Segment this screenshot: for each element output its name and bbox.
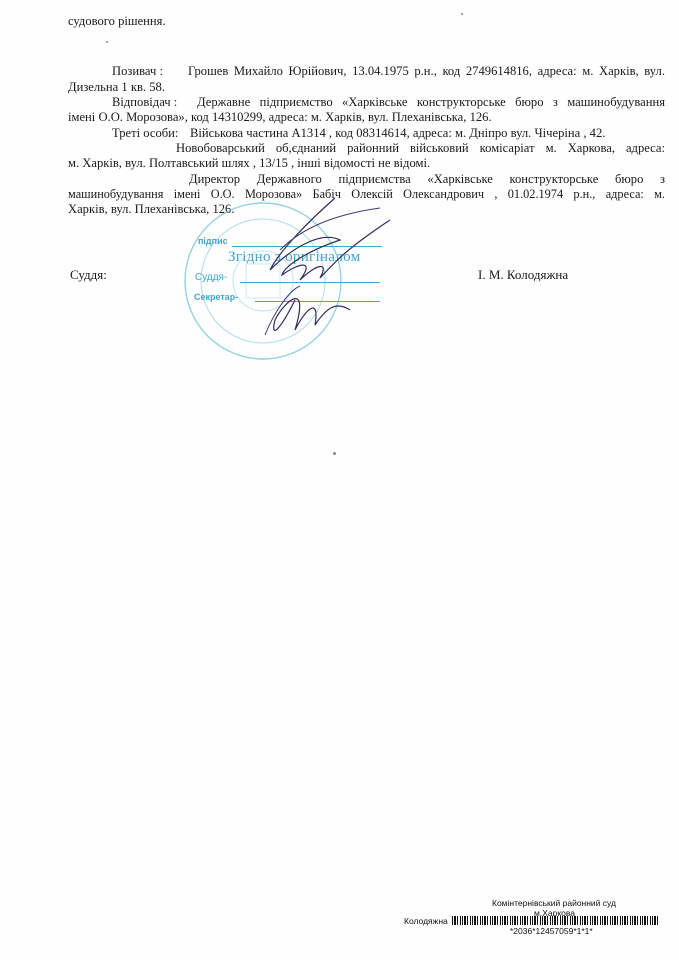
defendant-line-1: Державне підприємство «Харківське констр… — [197, 95, 665, 110]
third-parties-line-4: Директор Державного підприємства «Харків… — [189, 172, 665, 187]
handwritten-signature-icon — [240, 190, 400, 350]
footer-barcode-number: *2036*12457059*1*1* — [510, 926, 593, 936]
barcode — [452, 916, 658, 925]
plaintiff-label: Позивач : — [112, 64, 163, 79]
footer-court-name: Комінтернівський районний суд — [492, 898, 616, 908]
stamp-label-podpys: підпис — [198, 236, 228, 246]
scan-speck — [333, 452, 336, 455]
defendant-text-1: Державне підприємство «Харківське констр… — [197, 95, 665, 110]
third-parties-line-2: Новобоварський об,єднаний районний війсь… — [176, 141, 665, 156]
top-line-text: судового рішення. — [68, 14, 166, 29]
defendant-label: Відповідач : — [112, 95, 177, 110]
judge-label: Суддя: — [70, 267, 107, 282]
third-parties-text-4: Директор Державного підприємства «Харків… — [189, 172, 665, 187]
plaintiff-line-2: Дизельна 1 кв. 58. — [68, 80, 165, 95]
third-parties-line-3: м. Харків, вул. Полтавський шлях , 13/15… — [68, 156, 430, 171]
third-parties-line-1: Військова частина А1314 , код 08314614, … — [190, 126, 605, 141]
defendant-line-2: імені О.О. Морозова», код 14310299, адре… — [68, 110, 492, 125]
plaintiff-line-1: Грошев Михайло Юрійович, 13.04.1975 р.н.… — [188, 64, 665, 79]
plaintiff-text-1: Грошев Михайло Юрійович, 13.04.1975 р.н.… — [188, 64, 665, 79]
stamp-label-judge: Суддя- — [195, 272, 227, 283]
stamp-label-secretary: Секретар- — [194, 292, 238, 302]
third-parties-label: Треті особи: — [112, 126, 178, 141]
third-parties-text-2: Новобоварський об,єднаний районний війсь… — [176, 141, 665, 156]
footer-barcode-prefix: Колодяжна — [404, 916, 448, 926]
scan-speck — [461, 13, 463, 15]
scan-speck — [106, 41, 108, 43]
judge-name: І. М. Колодяжна — [478, 267, 568, 282]
document-page: судового рішення. Позивач : Грошев Михай… — [0, 0, 679, 960]
